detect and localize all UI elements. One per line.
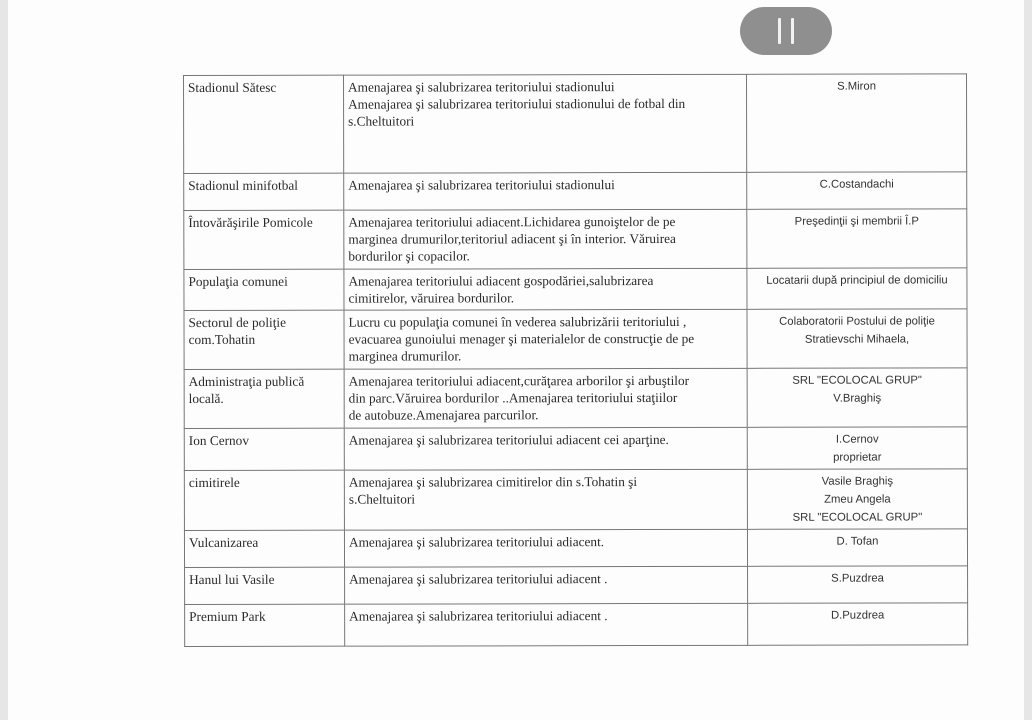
activity-cell-text: Amenajarea teritoriului adiacent,curăţar… xyxy=(349,372,743,390)
activity-cell-text: Amenajarea şi salubrizarea cimitirelor d… xyxy=(349,473,743,491)
activity-cell: Amenajarea şi salubrizarea cimitirelor d… xyxy=(344,469,747,530)
activity-cell-text: Lucru cu populaţia comunei în vederea sa… xyxy=(349,313,743,331)
pause-button[interactable] xyxy=(740,7,832,55)
activity-cell-text: de autobuze.Amenajarea parcurilor. xyxy=(349,406,743,424)
location-cell-text: Hanul lui Vasile xyxy=(189,571,340,588)
responsible-cell-text: Locatarii după principiul de domiciliu xyxy=(751,271,962,289)
activity-cell-text: Amenajarea şi salubrizarea teritoriului … xyxy=(348,95,742,113)
table-row: Hanul lui VasileAmenajarea şi salubrizar… xyxy=(185,566,968,605)
location-cell-text: com.Tohatin xyxy=(189,331,340,348)
responsible-cell: Vasile BraghişZmeu AngelaSRL "ECOLOCAL G… xyxy=(747,469,967,529)
location-cell: Premium Park xyxy=(185,604,345,646)
responsible-cell-text: SRL "ECOLOCAL GRUP" xyxy=(752,371,963,389)
activity-cell: Amenajarea şi salubrizarea teritoriului … xyxy=(344,529,747,567)
responsible-cell-text: V.Braghiş xyxy=(752,389,963,407)
activity-cell-text: Amenajarea şi salubrizarea teritoriului … xyxy=(349,533,743,551)
activity-cell: Lucru cu populaţia comunei în vederea sa… xyxy=(344,309,747,369)
responsible-cell-text: D. Tofan xyxy=(752,532,963,550)
location-cell-text: Vulcanizarea xyxy=(189,534,340,551)
location-cell-text: Administraţia publică xyxy=(189,373,340,390)
location-cell-text: Sectorul de poliţie xyxy=(189,314,340,331)
location-cell: Stadionul minifotbal xyxy=(184,173,344,210)
table-row: Administraţia publicălocală.Amenajarea t… xyxy=(184,368,967,429)
responsible-cell-text: Vasile Braghiş xyxy=(752,472,963,490)
location-cell-text: Populaţia comunei xyxy=(188,273,339,290)
location-cell: Întovărăşirile Pomicole xyxy=(184,210,344,269)
activity-cell-text: Amenajarea şi salubrizarea teritoriului … xyxy=(349,607,743,625)
responsible-cell-text: Colaboratorii Postului de poliţie xyxy=(751,312,962,330)
pause-icon xyxy=(778,18,781,44)
location-cell: Populaţia comunei xyxy=(184,269,344,310)
location-cell-text: Ion Cernov xyxy=(189,432,340,449)
activity-cell-text: Amenajarea şi salubrizarea teritoriului … xyxy=(348,78,742,96)
location-cell: Ion Cernov xyxy=(184,428,344,470)
location-cell: Sectorul de poliţiecom.Tohatin xyxy=(184,310,344,369)
activity-cell-text: marginea drumurilor,teritoriul adiacent … xyxy=(348,230,742,248)
responsible-cell: I.Cernovproprietar xyxy=(747,427,967,469)
activity-cell: Amenajarea şi salubrizarea teritoriului … xyxy=(344,427,747,470)
activity-cell-text: cimitirelor, văruirea bordurilor. xyxy=(348,289,742,307)
responsible-cell: S.Puzdrea xyxy=(748,566,968,603)
activity-cell-text: din parc.Văruirea bordurilor ..Amenajare… xyxy=(349,389,743,407)
activity-cell-text: s.Cheltuitori xyxy=(349,490,743,508)
responsible-cell-text: I.Cernov xyxy=(752,430,963,448)
responsible-cell: D.Puzdrea xyxy=(748,603,968,645)
responsible-cell-text: proprietar xyxy=(752,448,963,466)
table-row: VulcanizareaAmenajarea şi salubrizarea t… xyxy=(184,529,967,568)
responsible-cell: Colaboratorii Postului de poliţieStratie… xyxy=(747,309,967,368)
activity-cell-text: Amenajarea teritoriului adiacent gospodă… xyxy=(348,272,742,290)
location-cell-text: locală. xyxy=(189,390,340,407)
responsible-cell-text: Preşedinţii şi membrii Î.P xyxy=(751,212,962,230)
table-row: Întovărăşirile PomicoleAmenajarea terito… xyxy=(184,209,967,270)
activity-cell-text: Amenajarea şi salubrizarea teritoriului … xyxy=(349,570,743,588)
location-cell-text: Întovărăşirile Pomicole xyxy=(188,214,339,231)
responsible-cell: Locatarii după principiul de domiciliu xyxy=(747,268,967,309)
responsible-cell-text: S.Puzdrea xyxy=(752,569,963,587)
responsible-cell-text: Zmeu Angela xyxy=(752,490,963,508)
location-cell-text: Premium Park xyxy=(189,608,340,625)
activity-cell-text: bordurilor şi copacilor. xyxy=(348,247,742,265)
activity-cell: Amenajarea teritoriului adiacent gospodă… xyxy=(344,268,747,310)
activity-cell-text: Amenajarea şi salubrizarea teritoriului … xyxy=(348,176,742,194)
cleanup-responsibility-table: Stadionul SătescAmenajarea şi salubrizar… xyxy=(183,73,968,647)
location-cell: Vulcanizarea xyxy=(184,530,344,567)
responsible-cell-text: C.Costandachi xyxy=(751,175,962,193)
activity-cell-text: evacuarea gunoiului menager şi materiale… xyxy=(349,330,743,348)
responsible-cell-text: Stratievschi Mihaela, xyxy=(752,330,963,348)
activity-cell: Amenajarea teritoriului adiacent,curăţar… xyxy=(344,368,747,428)
location-cell: Hanul lui Vasile xyxy=(185,567,345,604)
activity-cell-text: Amenajarea teritoriului adiacent.Lichida… xyxy=(348,213,742,231)
table-row: Populaţia comuneiAmenajarea teritoriului… xyxy=(184,268,967,311)
activity-cell: Amenajarea şi salubrizarea teritoriului … xyxy=(344,172,747,210)
activity-cell-text: marginea drumurilor. xyxy=(349,347,743,365)
table-row: cimitireleAmenajarea şi salubrizarea cim… xyxy=(184,469,967,531)
activity-cell: Amenajarea şi salubrizarea teritoriului … xyxy=(345,603,748,646)
responsible-cell: Preşedinţii şi membrii Î.P xyxy=(747,209,967,268)
activity-cell: Amenajarea teritoriului adiacent.Lichida… xyxy=(344,209,747,269)
activity-cell: Amenajarea şi salubrizarea teritoriului … xyxy=(344,74,747,173)
table-row: Sectorul de poliţiecom.TohatinLucru cu p… xyxy=(184,309,967,370)
location-cell-text: Stadionul minifotbal xyxy=(188,177,339,194)
responsible-cell: D. Tofan xyxy=(747,529,967,566)
activity-cell-text: Amenajarea şi salubrizarea teritoriului … xyxy=(349,431,743,449)
responsible-cell-text: SRL "ECOLOCAL GRUP" xyxy=(752,508,963,526)
location-cell-text: cimitirele xyxy=(189,474,340,491)
responsible-cell-text: D.Puzdrea xyxy=(752,606,963,624)
activity-cell: Amenajarea şi salubrizarea teritoriului … xyxy=(345,566,748,604)
table-row: Stadionul minifotbalAmenajarea şi salubr… xyxy=(184,172,967,211)
table-row: Premium ParkAmenajarea şi salubrizarea t… xyxy=(185,603,968,647)
table-row: Ion CernovAmenajarea şi salubrizarea ter… xyxy=(184,427,967,471)
responsible-cell: C.Costandachi xyxy=(747,172,967,209)
activity-cell-text: s.Cheltuitori xyxy=(348,112,742,130)
responsible-cell: S.Miron xyxy=(746,74,966,172)
location-cell: Stadionul Sătesc xyxy=(184,75,344,173)
responsible-cell-text: S.Miron xyxy=(751,77,962,95)
responsible-cell: SRL "ECOLOCAL GRUP"V.Braghiş xyxy=(747,368,967,427)
location-cell: Administraţia publicălocală. xyxy=(184,369,344,428)
pause-icon xyxy=(791,18,794,44)
location-cell-text: Stadionul Sătesc xyxy=(188,79,339,96)
location-cell: cimitirele xyxy=(184,470,344,530)
table-row: Stadionul SătescAmenajarea şi salubrizar… xyxy=(184,74,967,174)
